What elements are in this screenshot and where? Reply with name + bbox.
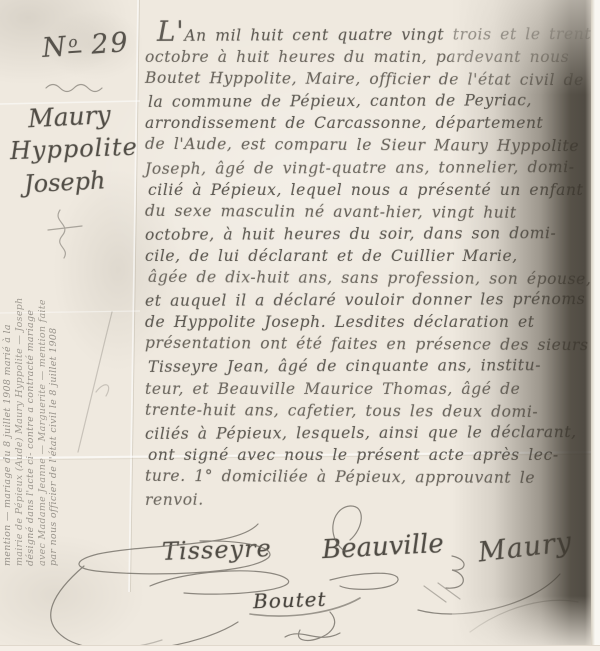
scan-shadow-band (452, 0, 600, 651)
scan-shadow-fade-top (452, 0, 600, 95)
scan-shadow-fade-bottom (452, 596, 600, 651)
scanned-register-page: { "margin": { "act_number_prefix": "N", … (0, 0, 600, 651)
scan-edge-bottom (0, 645, 600, 651)
scan-edge-right (591, 0, 600, 651)
